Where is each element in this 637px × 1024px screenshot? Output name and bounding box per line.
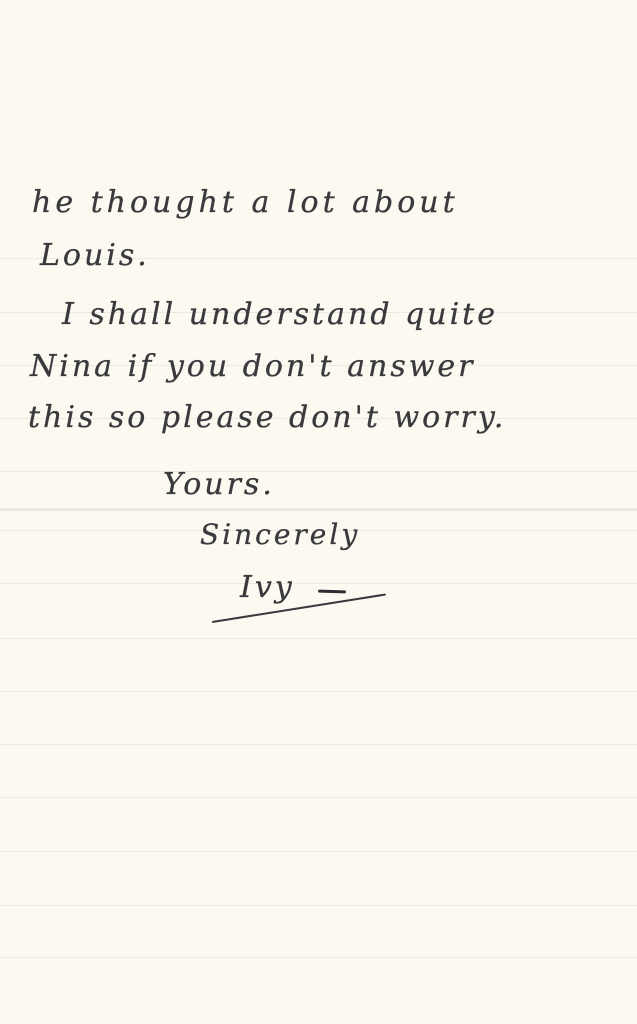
body-line-2: Louis. bbox=[40, 238, 150, 273]
closing-yours: Yours. bbox=[163, 467, 275, 502]
signature: Ivy bbox=[240, 570, 295, 605]
body-line-4: Nina if you don't answer bbox=[30, 349, 476, 384]
ruled-line bbox=[0, 797, 637, 798]
signature-dash bbox=[318, 590, 346, 594]
closing-sincerely: Sincerely bbox=[200, 518, 360, 551]
ruled-line bbox=[0, 471, 637, 472]
ruled-line bbox=[0, 905, 637, 906]
ruled-line bbox=[0, 638, 637, 639]
ruled-line bbox=[0, 691, 637, 692]
ruled-line bbox=[0, 583, 637, 584]
body-line-3: I shall understand quite bbox=[62, 297, 498, 332]
body-line-5: this so please don't worry. bbox=[28, 400, 506, 435]
ruled-line bbox=[0, 744, 637, 745]
ruled-line bbox=[0, 851, 637, 852]
letter-page: he thought a lot about Louis. I shall un… bbox=[0, 0, 637, 1024]
signature-underline bbox=[212, 593, 386, 623]
body-line-1: he thought a lot about bbox=[32, 185, 459, 220]
paper-fold-crease bbox=[0, 508, 637, 511]
ruled-line bbox=[0, 957, 637, 958]
